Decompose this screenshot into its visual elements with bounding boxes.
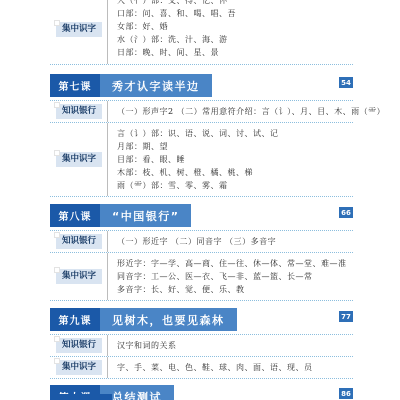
dotted-divider — [50, 300, 353, 301]
radical-line: 人（亻）部：文、得、忆、怀 — [117, 0, 353, 7]
knowledge-label: 知识银行 — [56, 234, 102, 249]
toc-content: 集中识字 人（亻）部：文、得、忆、怀 口部：问、喜、和、喝、唱、吾 女部：好、婚… — [50, 0, 353, 400]
lesson-number: 第九课 — [50, 308, 100, 331]
lesson-7-knowledge-row: 知识银行 （一）形声字2 （二）常用意符介绍：言（讠）、月、目、木、雨（⻗） — [50, 101, 353, 122]
focus-section-previous-lesson: 集中识字 人（亻）部：文、得、忆、怀 口部：问、喜、和、喝、唱、吾 女部：好、婚… — [50, 0, 353, 64]
character-line: 多音字：长、好、觉、便、乐、教 — [117, 283, 353, 296]
focus-label: 集中识字 — [56, 360, 102, 375]
lesson-9-knowledge-row: 知识银行 汉字和词的关系 — [50, 335, 353, 356]
radical-line: 水（氵）部：洗、汁、海、游 — [117, 33, 353, 46]
dotted-divider — [50, 196, 353, 197]
lesson-title: 秀才认字读半边 — [100, 74, 212, 97]
focus-lines: 形近字：字—学、高—商、住—往、休—体、常—堂、难—准 同音字：工—公、医—衣、… — [108, 253, 353, 300]
knowledge-text: 汉字和词的关系 — [117, 339, 353, 352]
radical-line: 月部：期、望 — [117, 140, 353, 153]
lesson-9-header: 第九课 见树木，也要见森林 77 — [50, 308, 353, 331]
focus-lines: 字、手、菜、电、色、鞋、球、肉、面、语、现、员 — [108, 357, 353, 378]
lesson-8-header: 第八课 “中国银行” 66 — [50, 204, 353, 227]
page-number-badge: 54 — [339, 77, 353, 88]
focus-label: 集中识字 — [56, 152, 102, 167]
label-column: 集中识字 — [50, 0, 108, 64]
label-column: 集中识字 — [50, 357, 108, 378]
character-line: 同音字：工—公、医—衣、飞—非、蓝—篮、长—常 — [117, 270, 353, 283]
knowledge-text: （一）形近字 （二）同音字 （三）多音字 — [117, 235, 353, 248]
knowledge-label: 知识银行 — [56, 104, 102, 119]
label-column: 集中识字 — [50, 123, 108, 196]
character-line: 形近字：字—学、高—商、住—往、休—体、常—堂、难—准 — [117, 257, 353, 270]
knowledge-content: 汉字和词的关系 — [108, 335, 353, 356]
lesson-number: 第八课 — [50, 204, 100, 227]
toc-page: 集中识字 人（亻）部：文、得、忆、怀 口部：问、喜、和、喝、唱、吾 女部：好、婚… — [0, 0, 400, 400]
radical-line: 女部：好、婚 — [117, 20, 353, 33]
radical-line: 雨（⻗）部：雪、零、雾、霜 — [117, 179, 353, 192]
knowledge-text: （一）形声字2 （二）常用意符介绍：言（讠）、月、目、木、雨（⻗） — [117, 105, 385, 118]
lesson-8-focus-row: 集中识字 形近字：字—学、高—商、住—往、休—体、常—堂、难—准 同音字：工—公… — [50, 253, 353, 300]
focus-label: 集中识字 — [56, 22, 102, 37]
page-number-badge: 86 — [339, 388, 353, 399]
character-line: 字、手、菜、电、色、鞋、球、肉、面、语、现、员 — [117, 361, 353, 374]
lesson-7-focus-row: 集中识字 言（讠）部：识、语、说、词、讨、试、记 月部：期、望 目部：看、眼、睡… — [50, 123, 353, 196]
radical-line: 口部：问、喜、和、喝、唱、吾 — [117, 7, 353, 20]
focus-lines: 人（亻）部：文、得、忆、怀 口部：问、喜、和、喝、唱、吾 女部：好、婚 水（氵）… — [108, 0, 353, 64]
page-number-badge: 66 — [339, 207, 353, 218]
radical-line: 目部：看、眼、睡 — [117, 153, 353, 166]
dotted-divider — [50, 378, 353, 379]
lesson-8-knowledge-row: 知识银行 （一）形近字 （二）同音字 （三）多音字 — [50, 231, 353, 252]
knowledge-label: 知识银行 — [56, 338, 102, 353]
page-number-badge: 77 — [339, 311, 353, 322]
label-column: 集中识字 — [50, 253, 108, 300]
radical-line: 日部：晚、时、间、星、景 — [117, 46, 353, 59]
lesson-title: 见树木，也要见森林 — [100, 308, 237, 331]
lesson-number: 第七课 — [50, 74, 100, 97]
focus-lines: 言（讠）部：识、语、说、词、讨、试、记 月部：期、望 目部：看、眼、睡 木部：枝… — [108, 123, 353, 196]
lesson-9-focus-row: 集中识字 字、手、菜、电、色、鞋、球、肉、面、语、现、员 — [50, 357, 353, 378]
next-section-header-partial — [50, 394, 112, 400]
lesson-title: “中国银行” — [100, 204, 191, 227]
label-column: 知识银行 — [50, 101, 108, 122]
radical-line: 木部：枝、机、树、橙、橘、桃、梯 — [117, 166, 353, 179]
label-column: 知识银行 — [50, 231, 108, 252]
label-column: 知识银行 — [50, 335, 108, 356]
knowledge-content: （一）形近字 （二）同音字 （三）多音字 — [108, 231, 353, 252]
lesson-7-header: 第七课 秀才认字读半边 54 — [50, 74, 353, 97]
knowledge-content: （一）形声字2 （二）常用意符介绍：言（讠）、月、目、木、雨（⻗） — [108, 101, 385, 122]
radical-line: 言（讠）部：识、语、说、词、讨、试、记 — [117, 127, 353, 140]
dotted-divider — [50, 64, 353, 65]
focus-label: 集中识字 — [56, 269, 102, 284]
